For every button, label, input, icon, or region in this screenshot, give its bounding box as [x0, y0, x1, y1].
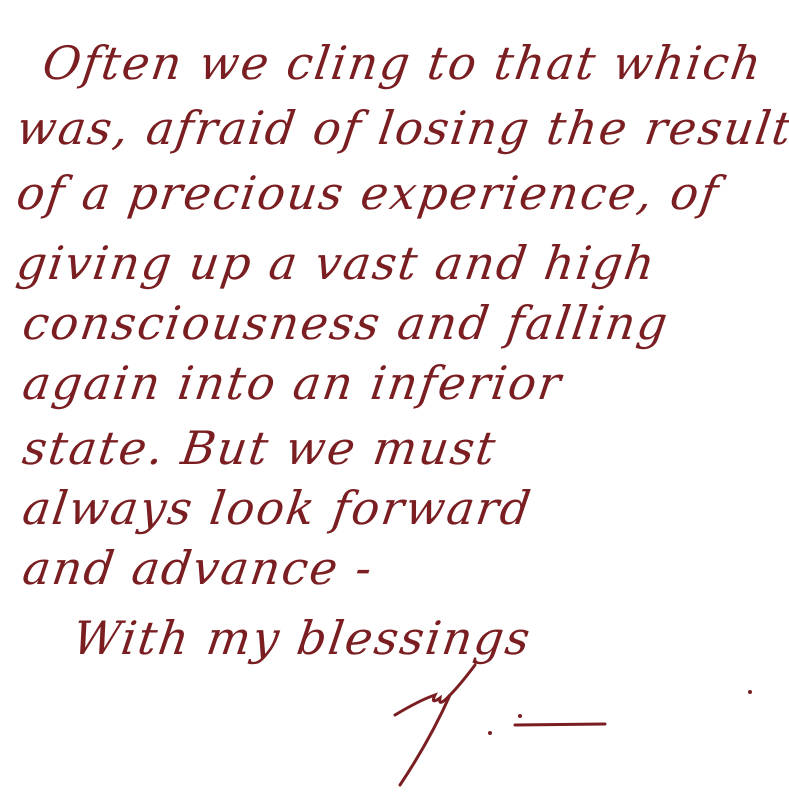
note-line-3: of a precious experience, of [14, 170, 723, 216]
note-line-9: and advance - [20, 545, 377, 591]
note-line-1: Often we cling to that which [40, 40, 766, 86]
closing-line: With my blessings [70, 615, 535, 661]
ink-dot [748, 690, 752, 694]
signature [380, 660, 620, 790]
handwritten-note: Often we cling to that which was, afraid… [0, 0, 789, 804]
note-line-7: state. But we must [20, 425, 500, 471]
note-line-2: was, afraid of losing the results [14, 105, 789, 151]
note-line-6: again into an inferior [20, 360, 566, 406]
note-line-5: consciousness and falling [20, 300, 672, 346]
note-line-8: always look forward [20, 485, 535, 531]
note-line-4: giving up a vast and high [14, 240, 659, 286]
